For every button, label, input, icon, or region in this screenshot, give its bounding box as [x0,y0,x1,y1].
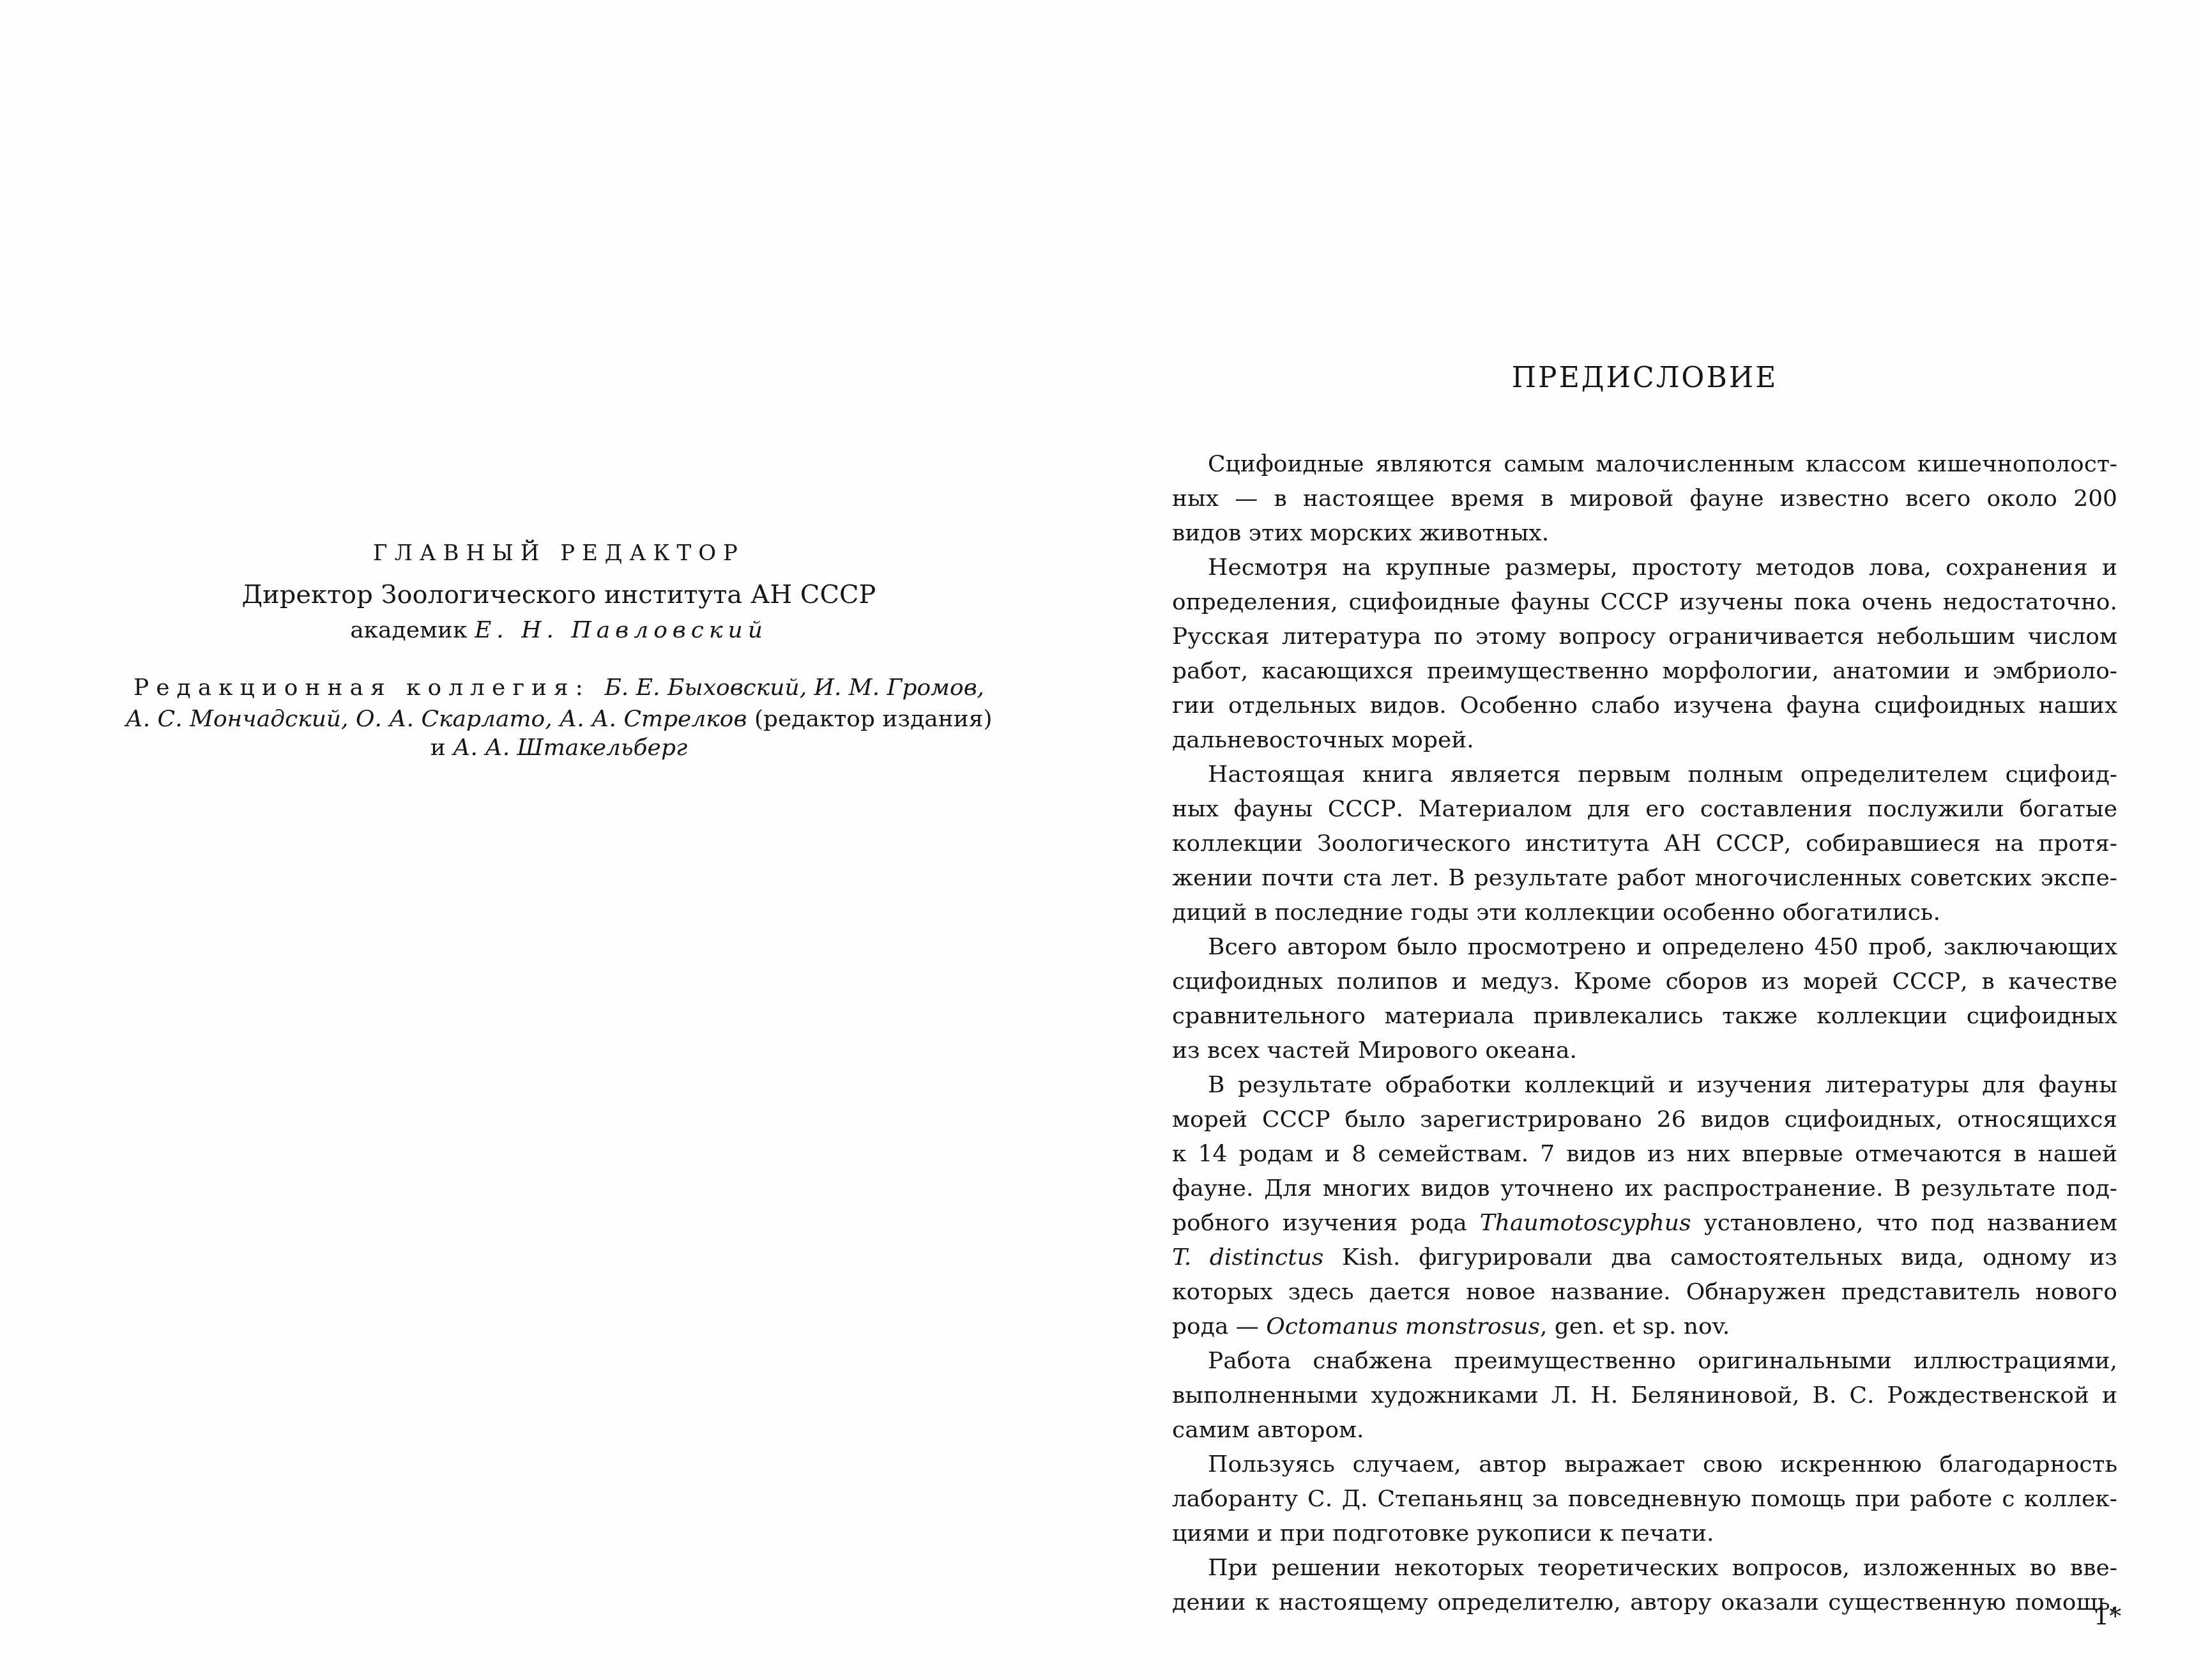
editor-line: А. С. Мончадский, О. А. Скарлато, А. А. … [96,706,1022,732]
text-segment: установлено, что под названием [1691,1210,2117,1236]
text-segment: и [430,735,453,761]
left-page-editor-block: ГЛАВНЫЙ РЕДАКТОРДиректор Зоологического … [96,0,1022,1680]
text-segment: морей СССР было зарегистрировано 26 видо… [1172,1106,2117,1133]
preface-line: коллекции Зоологического института АН СС… [1172,827,2117,861]
editor-line: и А. А. Штакельберг [96,735,1022,761]
text-segment: определения, сцифоидные фауны СССР изуче… [1172,589,2117,615]
preface-line: сравнительного материала привлекались та… [1172,999,2117,1034]
text-segment: сравнительного материала привлекались та… [1172,1003,2117,1029]
text-segment: ных фауны СССР. Материалом для его соста… [1172,796,2117,822]
right-page: ПРЕДИСЛОВИЕ Сцифоидные являются самым ма… [1172,0,2117,1680]
text-segment: ГЛАВНЫЙ РЕДАКТОР [373,540,745,566]
text-segment: выполненными художниками Л. Н. Белянинов… [1172,1382,2117,1409]
preface-line: из всех частей Мирового океана. [1172,1034,2117,1068]
preface-line: робного изучения рода Thaumotoscyphus ус… [1172,1206,2117,1241]
preface-title: ПРЕДИСЛОВИЕ [1172,362,2117,394]
preface-line: гии отдельных видов. Особенно слабо изуч… [1172,689,2117,723]
page-signature-marker: 1* [2094,1602,2121,1630]
text-segment: гии отдельных видов. Особенно слабо изуч… [1172,692,2117,719]
text-segment: коллекции Зоологического института АН СС… [1172,830,2117,857]
preface-line: диций в последние годы эти коллекции осо… [1172,896,2117,930]
preface-line: В результате обработки коллекций и изуче… [1172,1068,2117,1103]
preface-line: Сцифоидные являются самым малочисленным … [1172,447,2117,482]
book-spread: ГЛАВНЫЙ РЕДАКТОРДиректор Зоологического … [0,0,2194,1680]
editor-line: Директор Зоологического института АН ССС… [96,580,1022,609]
editor-line: Редакционная коллегия: Б. Е. Быховский, … [96,675,1022,701]
preface-line: к 14 родам и 8 семействам. 7 видов из ни… [1172,1137,2117,1172]
text-segment: дальневосточных морей. [1172,727,1474,753]
text-segment: T. distinctus [1172,1244,1323,1271]
text-segment: Русская литература по этому вопросу огра… [1172,623,2117,650]
preface-line: Настоящая книга является первым полным о… [1172,758,2117,792]
preface-line: циями и при подготовке рукописи к печати… [1172,1516,2117,1551]
text-segment: ных — в настоящее время в мировой фауне … [1172,485,2117,512]
preface-line: лаборанту С. Д. Степаньянц за повседневн… [1172,1482,2117,1516]
preface-line: Русская литература по этому вопросу огра… [1172,620,2117,654]
text-segment: Сцифоидные являются самым малочисленным … [1208,451,2117,477]
text-segment: Работа снабжена преимущественно оригинал… [1208,1348,2117,1374]
editor-line: ГЛАВНЫЙ РЕДАКТОР [96,540,1022,566]
text-segment: академик [350,617,475,643]
text-segment: лаборанту С. Д. Степаньянц за повседневн… [1172,1486,2117,1512]
text-segment: В результате обработки коллекций и изуче… [1208,1072,2117,1098]
text-segment: из всех частей Мирового океана. [1172,1037,1577,1064]
preface-line: самим автором. [1172,1413,2117,1447]
text-segment: А. А. Штакельберг [453,735,687,761]
text-segment: Несмотря на крупные размеры, простоту ме… [1208,554,2117,581]
text-segment: которых здесь дается новое название. Обн… [1172,1279,2117,1305]
text-segment: А. С. Мончадский, О. А. Скарлато, А. А. … [125,706,754,732]
preface-line: морей СССР было зарегистрировано 26 видо… [1172,1103,2117,1137]
text-segment: При решении некоторых теоретических вопр… [1208,1555,2117,1581]
text-segment: жении почти ста лет. В результате работ … [1172,865,2117,891]
preface-line: фауне. Для многих видов уточнено их расп… [1172,1172,2117,1206]
text-segment: Пользуясь случаем, автор выражает свою и… [1208,1451,2117,1478]
preface-line: определения, сцифоидные фауны СССР изуче… [1172,585,2117,620]
text-segment: Всего автором было просмотрено и определ… [1208,934,2117,960]
preface-line: Всего автором было просмотрено и определ… [1172,930,2117,965]
text-segment: самим автором. [1172,1417,1364,1443]
preface-line: которых здесь дается новое название. Обн… [1172,1275,2117,1310]
text-segment: Редакционная коллегия: [133,675,604,701]
text-segment: диций в последние годы эти коллекции осо… [1172,899,1940,926]
text-segment: Б. Е. Быховский, И. М. Громов, [604,675,984,701]
preface-line: Несмотря на крупные размеры, простоту ме… [1172,551,2117,585]
preface-line: T. distinctus Kish. фигурировали два сам… [1172,1241,2117,1275]
text-segment: рода — [1172,1313,1266,1340]
text-segment: Настоящая книга является первым полным о… [1208,761,2117,788]
text-segment: робного изучения рода [1172,1210,1480,1236]
preface-line: жении почти ста лет. В результате работ … [1172,861,2117,896]
text-segment: , gen. et sp. nov. [1540,1313,1730,1340]
preface-line: ных фауны СССР. Материалом для его соста… [1172,792,2117,827]
preface-line: видов этих морских животных. [1172,516,2117,551]
text-segment: фауне. Для многих видов уточнено их расп… [1172,1175,2117,1202]
text-segment: сцифоидных полипов и медуз. Кроме сборов… [1172,968,2117,995]
preface-line: Работа снабжена преимущественно оригинал… [1172,1344,2117,1378]
editor-line: академик Е. Н. Павловский [96,617,1022,643]
preface-line: сцифоидных полипов и медуз. Кроме сборов… [1172,965,2117,999]
preface-line: работ, касающихся преимущественно морфол… [1172,654,2117,689]
preface-body: Сцифоидные являются самым малочисленным … [1172,447,2117,1620]
text-segment: к 14 родам и 8 семействам. 7 видов из ни… [1172,1141,2117,1167]
text-segment: дении к настоящему определителю, автору … [1172,1589,2117,1615]
text-segment: (редактор издания) [754,706,993,732]
text-segment: Kish. фигурировали два самостоятельных в… [1323,1244,2117,1271]
preface-line: ных — в настоящее время в мировой фауне … [1172,482,2117,516]
preface-line: дальневосточных морей. [1172,723,2117,758]
preface-line: дении к настоящему определителю, автору … [1172,1585,2117,1620]
text-segment: Octomanus monstrosus [1266,1313,1540,1340]
text-segment: Thaumotoscyphus [1480,1210,1691,1236]
preface-line: рода — Octomanus monstrosus, gen. et sp.… [1172,1310,2117,1344]
text-segment: Директор Зоологического института АН ССС… [241,580,876,609]
text-segment: Е. Н. Павловский [475,617,768,643]
preface-line: выполненными художниками Л. Н. Белянинов… [1172,1378,2117,1413]
text-segment: видов этих морских животных. [1172,520,1549,546]
preface-line: Пользуясь случаем, автор выражает свою и… [1172,1447,2117,1482]
text-segment: циями и при подготовке рукописи к печати… [1172,1520,1714,1546]
text-segment: работ, касающихся преимущественно морфол… [1172,658,2117,684]
preface-line: При решении некоторых теоретических вопр… [1172,1551,2117,1585]
